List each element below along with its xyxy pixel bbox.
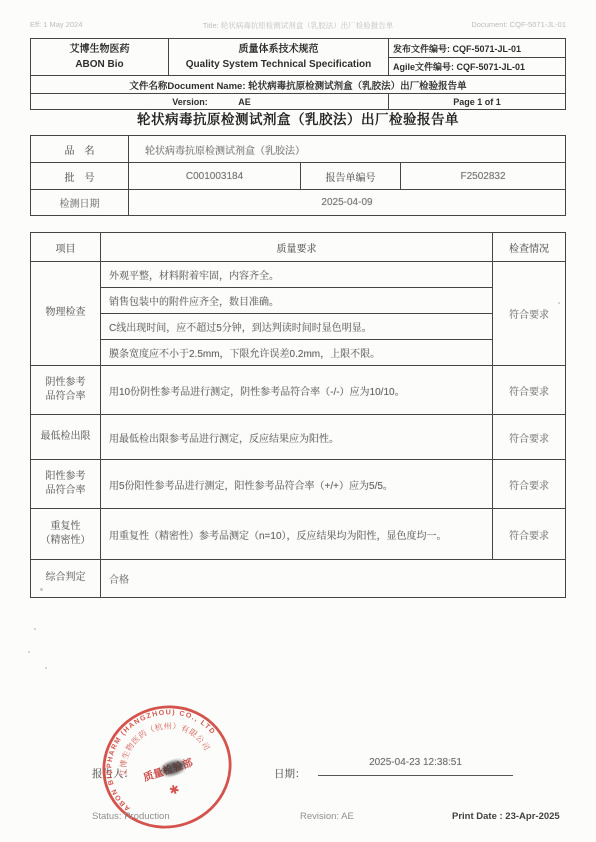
version-label: Version: — [172, 97, 208, 107]
spec-title-cell: 质量体系技术规范 Quality System Technical Specif… — [169, 39, 389, 76]
table-row: 物理检查 外观平整，材料附着牢固，内容齐全。 符合要求 — [31, 262, 566, 288]
table-row: C线出现时间，应不超过5分钟，到达判读时间时显色明显。 — [31, 314, 566, 340]
agile-doc-number: Agile文件编号: CQF-5071-JL-01 — [389, 58, 565, 75]
scan-speck — [28, 651, 30, 653]
physical-requirement-4: 膜条宽度应不小于2.5mm，下限允许误差0.2mm，上限不限。 — [101, 340, 493, 366]
release-doc-number: 发布文件编号: CQF-5071-JL-01 — [389, 40, 565, 58]
repeatability-result: 符合要求 — [493, 509, 566, 560]
stamp-ring-text: ABON BIOPHARM (HANGZHOU) CO., LTD — [97, 697, 231, 815]
document-name: 文件名称Document Name: 轮状病毒抗原检测试剂盒（乳胶法）出厂检验报… — [31, 76, 566, 94]
product-name-value: 轮状病毒抗原检测试剂盒（乳胶法） — [129, 136, 566, 163]
detection-limit-result: 符合要求 — [493, 415, 566, 460]
scan-speck — [34, 628, 36, 630]
report-title: 轮状病毒抗原检测试剂盒（乳胶法）出厂检验报告单 — [0, 108, 596, 128]
document-header-table: 艾博生物医药 ABON Bio 质量体系技术规范 Quality System … — [30, 38, 566, 110]
physical-check-label: 物理检查 — [31, 262, 101, 366]
overall-judgement-value: 合格 — [101, 560, 566, 598]
doc-codes-cell: 发布文件编号: CQF-5071-JL-01 Agile文件编号: CQF-50… — [389, 39, 566, 76]
spec-title-en: Quality System Technical Specification — [173, 57, 384, 72]
positive-reference-result: 符合要求 — [493, 460, 566, 509]
table-row: 最低检出限 用最低检出限参考品进行测定，反应结果应为阳性。 符合要求 — [31, 415, 566, 460]
physical-requirement-3: C线出现时间，应不超过5分钟，到达判读时间时显色明显。 — [101, 314, 493, 340]
revision-text: Revision: AE — [300, 811, 354, 822]
physical-check-result: 符合要求 — [493, 262, 566, 366]
positive-reference-label: 阳性参考 品符合率 — [31, 460, 101, 509]
negative-reference-requirement: 用10份阴性参考品进行测定，阴性参考品符合率（-/-）应为10/10。 — [101, 366, 493, 415]
table-row: 阴性参考 品符合率 用10份阴性参考品进行测定，阴性参考品符合率（-/-）应为1… — [31, 366, 566, 415]
print-header-title: Title: 轮状病毒抗原检测试剂盒（乳胶法）出厂检验报告单 — [203, 20, 394, 31]
repeatability-label: 重复性 （精密性） — [31, 509, 101, 560]
table-row: 重复性 （精密性） 用重复性（精密性）参考品测定（n=10），反应结果均为阳性，… — [31, 509, 566, 560]
negative-reference-label: 阴性参考 品符合率 — [31, 366, 101, 415]
test-date-label: 检测日期 — [31, 190, 129, 216]
date-label: 日期： — [274, 766, 306, 781]
company-name-cn: 艾博生物医药 — [35, 42, 164, 57]
table-row: 销售包装中的附件应齐全，数目准确。 — [31, 288, 566, 314]
product-info-table: 品 名 轮状病毒抗原检测试剂盒（乳胶法） 批 号 C001003184 报告单编… — [30, 135, 566, 216]
report-number-label: 报告单编号 — [301, 163, 401, 190]
negative-reference-result: 符合要求 — [493, 366, 566, 415]
physical-requirement-2: 销售包装中的附件应齐全，数目准确。 — [101, 288, 493, 314]
report-date-value: 2025-04-23 12:38:51 — [318, 757, 513, 776]
column-header-requirement: 质量要求 — [101, 233, 493, 262]
status-text: Status: Production — [92, 811, 170, 822]
physical-requirement-1: 外观平整，材料附着牢固，内容齐全。 — [101, 262, 493, 288]
table-row: 阳性参考 品符合率 用5份阳性参考品进行测定，阳性参考品符合率（+/+）应为5/… — [31, 460, 566, 509]
inspection-table: 项目 质量要求 检查情况 物理检查 外观平整，材料附着牢固，内容齐全。 符合要求… — [30, 232, 566, 598]
repeatability-requirement: 用重复性（精密性）参考品测定（n=10），反应结果均为阳性，显色度均一。 — [101, 509, 493, 560]
scan-speck — [558, 302, 560, 304]
company-name-en: ABON Bio — [35, 57, 164, 72]
column-header-result: 检查情况 — [493, 233, 566, 262]
report-number-value: F2502832 — [401, 163, 566, 190]
scanned-report-page: Eff: 1 May 2024 Title: 轮状病毒抗原检测试剂盒（乳胶法）出… — [0, 0, 596, 842]
test-date-value: 2025-04-09 — [129, 190, 566, 216]
lot-number-label: 批 号 — [31, 163, 129, 190]
effective-date-text: Eff: 1 May 2024 — [30, 20, 82, 29]
document-number-text: Document: CQF-5071-JL-01 — [471, 20, 566, 29]
version-value: AE — [238, 97, 251, 107]
detection-limit-requirement: 用最低检出限参考品进行测定，反应结果应为阳性。 — [101, 415, 493, 460]
spec-title-cn: 质量体系技术规范 — [173, 42, 384, 57]
stamp-star-icon: ✱ — [167, 782, 181, 798]
scan-speck — [40, 588, 43, 591]
print-header: Eff: 1 May 2024 Title: 轮状病毒抗原检测试剂盒（乳胶法）出… — [0, 20, 596, 32]
detection-limit-label: 最低检出限 — [31, 415, 101, 460]
product-name-label: 品 名 — [31, 136, 129, 163]
company-cell: 艾博生物医药 ABON Bio — [31, 39, 169, 76]
table-row: 综合判定 合格 — [31, 560, 566, 598]
lot-number-value: C001003184 — [129, 163, 301, 190]
table-row: 膜条宽度应不小于2.5mm，下限允许误差0.2mm，上限不限。 — [31, 340, 566, 366]
scan-speck — [45, 667, 47, 669]
positive-reference-requirement: 用5份阳性参考品进行测定，阳性参考品符合率（+/+）应为5/5。 — [101, 460, 493, 509]
column-header-item: 项目 — [31, 233, 101, 262]
print-date-text: Print Date : 23-Apr-2025 — [452, 811, 560, 822]
overall-judgement-label: 综合判定 — [31, 560, 101, 598]
